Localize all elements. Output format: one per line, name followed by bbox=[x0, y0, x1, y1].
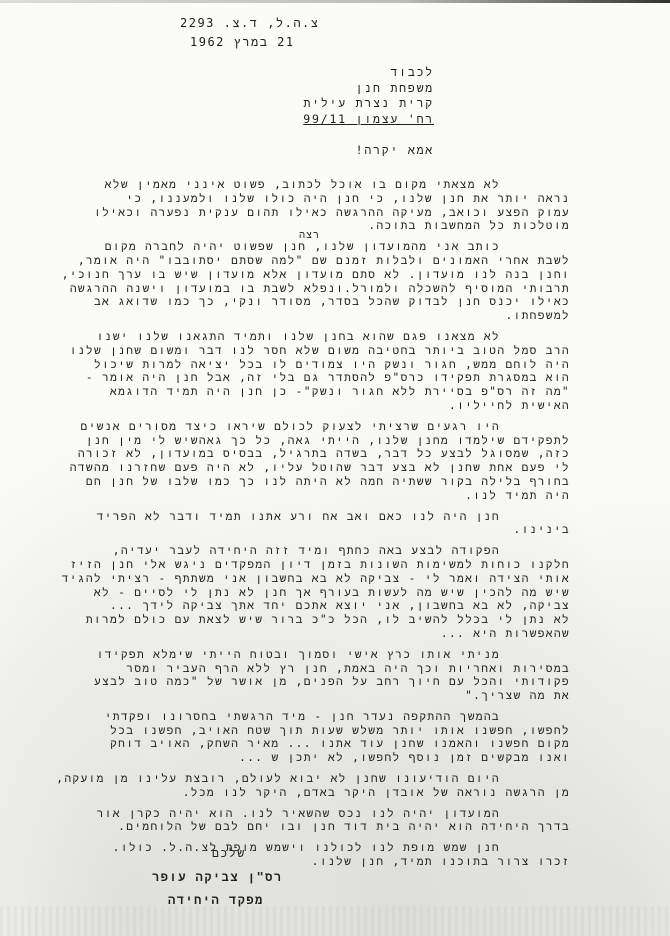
letter-page: צ.ה.ל, ד.צ. 2293 21 במרץ 1962 לכבוד משפח… bbox=[0, 0, 670, 936]
address-line-salutation: לכבוד bbox=[303, 65, 434, 81]
address-line-family: משפחת חנן bbox=[303, 81, 434, 97]
paragraph-line: המועדון יהיה לנו נכס שהשאיר לנו. הוא יהי… bbox=[100, 807, 570, 821]
letter-paragraph: מניתי אותו כרץ אישי וסמוך ובטוח הייתי שי… bbox=[100, 648, 570, 703]
letter-paragraph: המועדון יהיה לנו נכס שהשאיר לנו. הוא יהי… bbox=[100, 807, 570, 835]
paragraph-line: בדרך היחידה הוא יהיה בית דוד חנן ובו יחם… bbox=[100, 820, 570, 834]
paragraph-line: היום הודיעונו שחנן לא יבוא לעולם, רובצת … bbox=[100, 772, 570, 786]
paragraph-line: לחפשו, חפשנו אותו יותר משלש שעות תוך שטח… bbox=[100, 724, 570, 738]
paragraph-line: חנן שמש מופת לנו לכולנו וישמש מופת לצ.ה.… bbox=[100, 841, 570, 855]
scan-noise bbox=[0, 906, 670, 936]
paragraph-line: כאילו יכנס חנן לבדוק שהכל בסדר, מסודר ונ… bbox=[100, 295, 570, 309]
paragraph-line: היה לוחם ממש, חגור ונשק היו צמודים לו בכ… bbox=[100, 358, 570, 372]
paragraph-line: בינינו. bbox=[100, 523, 570, 537]
paragraph-line: בהמשך ההתקפה נעדר חנן - מיד הרגשתי בחסרו… bbox=[100, 710, 570, 724]
paragraph-line: חלקנו כוחות למשימות השונות בזמן דיון המפ… bbox=[100, 558, 570, 572]
paragraph-line: במסירות ואחריות וכך היה באמת, חנן רץ ללא… bbox=[100, 662, 570, 676]
letter-body: לא מצאתי מקום בו אוכל לכתוב, פשוט אינני … bbox=[100, 178, 570, 876]
paragraph-line: בחורף בלילה בקור ששתיה חמה לא היתה לנו כ… bbox=[100, 475, 570, 489]
letter-paragraph: היו רגעים שרציתי לצעוק לכולם שיראו כיצד … bbox=[100, 420, 570, 503]
paragraph-line: וחנן בנה לנו מועדון. לא סתם מועדון אלא מ… bbox=[100, 268, 570, 282]
paragraph-line: עמוק הפצע וכואב, מעיקה ההרגשה כאילו תהום… bbox=[100, 206, 570, 220]
paragraph-line: לתפקידם שילמדו מחנן שלנו, הייתי גאה, כל … bbox=[100, 434, 570, 448]
paragraph-line: את מה שצריך." bbox=[100, 689, 570, 703]
paragraph-line: נראה יותר את חנן שלנו, כי חנן היה כולו ש… bbox=[100, 192, 570, 206]
paragraph-line: אותי הצידה ואמר לי - צביקה לא בא בחשבון … bbox=[100, 572, 570, 586]
paragraph-line: מקום חפשנו והאמנו שחנן עוד אתנו ... מאיר… bbox=[100, 737, 570, 751]
letter-paragraph: חנן היה לנו כאם ואב אח ורע אתנו תמיד ודב… bbox=[100, 510, 570, 538]
paragraph-line: זכרו צרור בתוכנו תמיד, חנן שלנו. bbox=[100, 855, 570, 869]
paragraph-line: מוטלכות כל המחשבות בתוכה. bbox=[100, 219, 570, 233]
reference-number: צ.ה.ל, ד.צ. 2293 bbox=[180, 16, 319, 31]
paragraph-line: היה תמיד לנו. bbox=[100, 489, 570, 503]
paragraph-line: הוא במסגרת תפקידו כרס"פ להסתדר גם בלי זה… bbox=[100, 371, 570, 385]
paragraph-line: פקודותי והכל עם חיוך רחב על הפנים, מן או… bbox=[100, 675, 570, 689]
letter-paragraph: חנן שמש מופת לנו לכולנו וישמש מופת לצ.ה.… bbox=[100, 841, 570, 869]
paragraph-line: לא מצאתי מקום בו אוכל לכתוב, פשוט אינני … bbox=[100, 178, 570, 192]
paragraph-line: הפקודה לבצע באה כחתף ומיד זזה היחידה לעב… bbox=[100, 544, 570, 558]
closing: שלכם bbox=[212, 846, 246, 861]
paragraph-line: מן הרגשה נוראה של אובדן היקר באדם, היקר … bbox=[100, 786, 570, 800]
letter-paragraph: לא מצאנו פגם שהוא בחנן שלנו ותמיד התגאנו… bbox=[100, 330, 570, 413]
address-line-city: קרית נצרת עילית bbox=[303, 96, 434, 112]
greeting: אמא יקרה! bbox=[356, 143, 434, 158]
paragraph-line: לשבת אחרי האמונים ולבלות זמנם שם "למה שס… bbox=[100, 254, 570, 268]
paragraph-line: היו רגעים שרציתי לצעוק לכולם שיראו כיצד … bbox=[100, 420, 570, 434]
handwritten-insertion: רצה bbox=[299, 229, 320, 243]
recipient-address: לכבוד משפחת חנן קרית נצרת עילית רח' עצמו… bbox=[303, 65, 434, 127]
paragraph-line: כזה, שמסוגל לבצע כל דבר, בשדה בתרגיל, בב… bbox=[100, 447, 570, 461]
paragraph-line: שיש מה להכין שיש מה לעשות בעורף אך חנן ל… bbox=[100, 586, 570, 600]
address-line-street: רח' עצמון 99/11 bbox=[303, 112, 434, 128]
signature-name: רס"ן צביקה עופר bbox=[152, 870, 283, 885]
paragraph-line: צביקה, לא בא בחשבון, אני יוצא אתכם יחד א… bbox=[100, 599, 570, 613]
paragraph-line: האישית לחייליו. bbox=[100, 399, 570, 413]
letter-paragraph: היום הודיעונו שחנן לא יבוא לעולם, רובצת … bbox=[100, 772, 570, 800]
paragraph-line: תרבותי המוסיף להשכלה ולמורל.ונפלא לשבת ב… bbox=[100, 282, 570, 296]
letter-date: 21 במרץ 1962 bbox=[190, 35, 295, 50]
paragraph-line: ואנו מבקשים זמן נוסף לחפשו, לא יתכן ש ..… bbox=[100, 751, 570, 765]
paragraph-line: לא נתן לי בכלל להשיב לו, הכל כ"כ ברור שי… bbox=[100, 613, 570, 627]
paragraph-line: לא מצאנו פגם שהוא בחנן שלנו ותמיד התגאנו… bbox=[100, 330, 570, 344]
letter-paragraph: הפקודה לבצע באה כחתף ומיד זזה היחידה לעב… bbox=[100, 544, 570, 641]
letter-paragraph: כותב אני מהמועדון שלנו, חנן שפשוט יהיה ל… bbox=[100, 240, 570, 323]
paragraph-line: לי פעם אחת שחנן לא בצע דבר שהוטל עליו, ל… bbox=[100, 461, 570, 475]
paragraph-line: הרב סמל הטוב ביותר בחטיבה משום שלא חסר ל… bbox=[100, 344, 570, 358]
letter-paragraph: לא מצאתי מקום בו אוכל לכתוב, פשוט אינני … bbox=[100, 178, 570, 233]
paragraph-line: חנן היה לנו כאם ואב אח ורע אתנו תמיד ודב… bbox=[100, 510, 570, 524]
paragraph-line: שהאפשרות היא ... bbox=[100, 627, 570, 641]
paragraph-line: מניתי אותו כרץ אישי וסמוך ובטוח הייתי שי… bbox=[100, 648, 570, 662]
paragraph-line: "מה זה רס"פ בסיירת ללא חגור ונשק"- כן חנ… bbox=[100, 385, 570, 399]
scan-edge bbox=[0, 0, 670, 3]
paragraph-line: למשפחתו. bbox=[100, 309, 570, 323]
paragraph-line: כותב אני מהמועדון שלנו, חנן שפשוט יהיה ל… bbox=[100, 240, 570, 254]
letter-paragraph: בהמשך ההתקפה נעדר חנן - מיד הרגשתי בחסרו… bbox=[100, 710, 570, 765]
